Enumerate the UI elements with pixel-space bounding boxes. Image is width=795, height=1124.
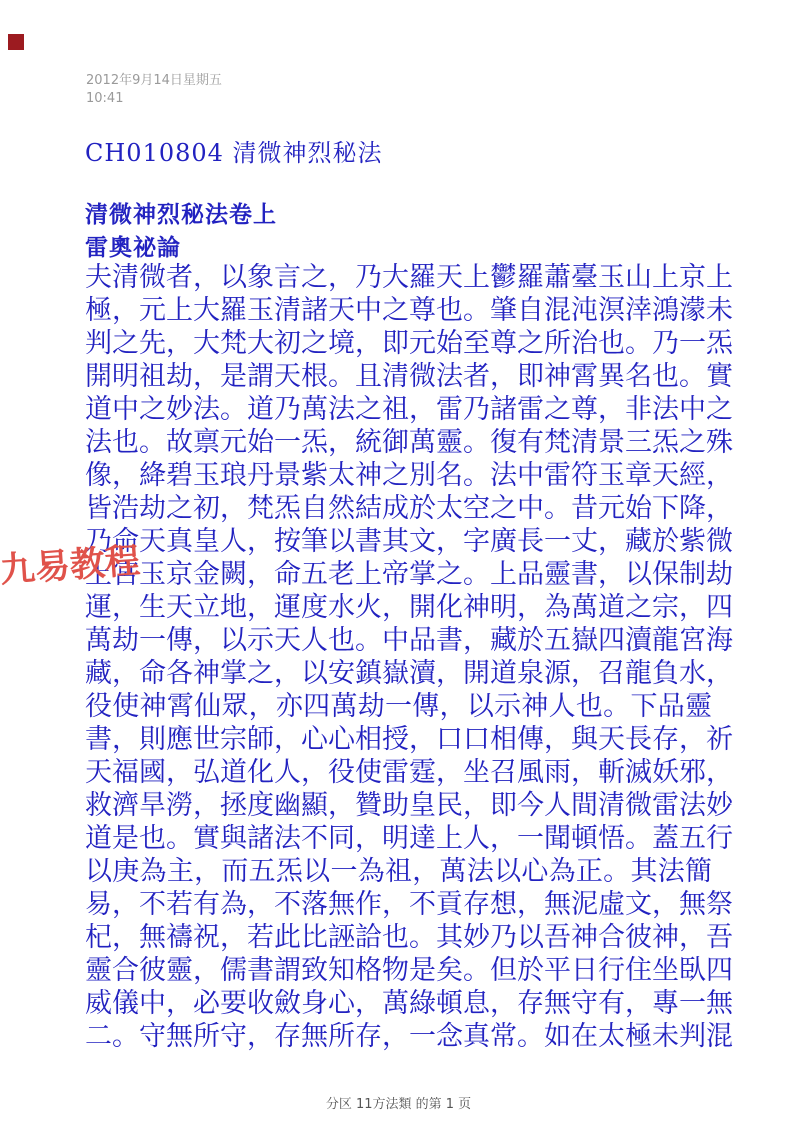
note-date: 2012年9月14日星期五: [86, 72, 222, 90]
body-text-line: 役使神霄仙眾，亦四萬劫一傳，以示神人也。下品靈: [85, 690, 712, 723]
red-corner-marker: [8, 34, 24, 50]
body-text-line: 杞，無禱祝，若此比誣詥也。其妙乃以吾神合彼神，吾: [85, 921, 712, 954]
document-heading-section: 雷奧祕論: [85, 229, 181, 262]
body-text-line: 法也。故禀元始一炁，統御萬靈。復有梵清景三炁之殊: [85, 426, 712, 459]
watermark: 九易教程: [0, 533, 141, 593]
body-text-line: 上宮玉京金闕，命五老上帝掌之。上品靈書，以保制劫: [85, 558, 712, 591]
body-text-line: 藏，命各神掌之，以安鎮嶽瀆，開道泉源，召龍負水，: [85, 657, 712, 690]
body-text-line: 運，生天立地，運度水火，開化神明，為萬道之宗，四: [85, 591, 712, 624]
note-meta: 2012年9月14日星期五 10:41: [86, 72, 222, 108]
body-text-line: 道是也。實與諸法不同，明達上人，一聞頓悟。蓋五行: [85, 822, 712, 855]
body-text-line: 萬劫一傳，以示天人也。中品書，藏於五嶽四瀆龍宮海: [85, 624, 712, 657]
document-page: 2012年9月14日星期五 10:41 CH010804 清微神烈秘法 清微神烈…: [0, 0, 795, 1124]
page-footer: 分区 11方法類 的第 1 页: [85, 1093, 712, 1112]
document-heading-volume: 清微神烈秘法卷上: [85, 196, 277, 229]
body-text-line: 靈合彼靈，儒書謂致知格物是矣。但於平日行住坐臥四: [85, 954, 712, 987]
body-text-line: 二。守無所守，存無所存，一念真常。如在太極未判混: [85, 1020, 712, 1053]
note-title: CH010804 清微神烈秘法: [85, 133, 383, 168]
body-text-line: 天福國，弘道化人，役使雷霆，坐召風雨，斬滅妖邪，: [85, 756, 712, 789]
body-text-line: 皆浩劫之初，梵炁自然結成於太空之中。昔元始下降，: [85, 492, 712, 525]
body-text-line: 判之先，大梵大初之境，即元始至尊之所治也。乃一炁: [85, 327, 712, 360]
note-time: 10:41: [86, 90, 222, 108]
body-text-line: 極，元上大羅玉清諸天中之尊也。肇自混沌溟涬鴻濛未: [85, 294, 712, 327]
body-text-line: 道中之妙法。道乃萬法之祖，雷乃諸雷之尊，非法中之: [85, 393, 712, 426]
body-text-line: 救濟旱澇，拯度幽顯，贊助皇民，即今人間清微雷法妙: [85, 789, 712, 822]
body-text-line: 威儀中，必要收斂身心，萬綠頓息，存無守有，專一無: [85, 987, 712, 1020]
body-text-line: 夫清微者，以象言之，乃大羅天上鬱羅蕭臺玉山上京上: [85, 261, 712, 294]
document-body: 夫清微者，以象言之，乃大羅天上鬱羅蕭臺玉山上京上極，元上大羅玉清諸天中之尊也。肇…: [85, 261, 712, 1053]
body-text-line: 易，不若有為，不落無作，不貢存想，無泥虛文，無祭: [85, 888, 712, 921]
body-text-line: 以庚為主，而五炁以一為祖，萬法以心為正。其法簡: [85, 855, 712, 888]
body-text-line: 書，則應世宗師，心心相授，口口相傳，與天長存，祈: [85, 723, 712, 756]
body-text-line: 開明祖劫，是謂天根。且清微法者，即神霄異名也。實: [85, 360, 712, 393]
body-text-line: 乃命天真皇人，按筆以書其文，字廣長一丈，藏於紫微: [85, 525, 712, 558]
body-text-line: 像，絳碧玉琅丹景紫太神之別名。法中雷符玉章天經，: [85, 459, 712, 492]
